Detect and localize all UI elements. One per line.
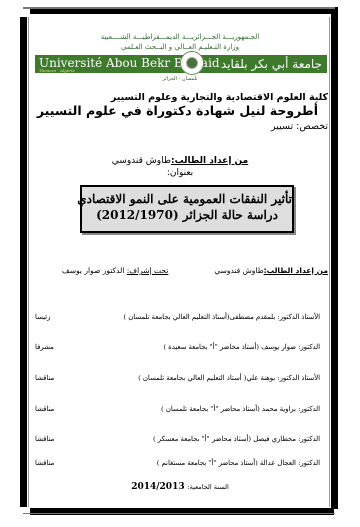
prepared-by-label: من إعداد الطالب:	[171, 156, 248, 166]
titled-label: بعنوان:	[30, 168, 330, 178]
student-credit: من إعداد الطالب:طاوش قندوسي	[214, 266, 328, 275]
jury-member: الأستاذ الدكتور: بوهنة علي( أستاذ التعلي…	[138, 374, 320, 382]
jury-member: الأستاذ الدكتور: بلمقدم مصطفى(أستاذ التع…	[123, 313, 320, 321]
border-top-inner	[23, 7, 335, 9]
faculty-name: كلية العلوم الاقتصادية والتجارية وعلوم ا…	[111, 92, 328, 103]
jury-member: الدكتور: براوية محمد (أستاذ محاضر "أ" بج…	[161, 405, 320, 413]
thesis-title-line1: تأثير النفقات العمومية على النمو الاقتصا…	[82, 192, 292, 206]
jury-role: رئيسا	[35, 313, 50, 321]
jury-role: مناقشا	[35, 459, 54, 467]
ministry-heading: وزارة التـعليـم العــالي و البــحث العـل…	[30, 43, 330, 51]
specialization-label: تخصص:	[296, 121, 328, 132]
university-name-ar: جامعة أبي بكر بلقايد	[221, 57, 322, 71]
supervisor-label: تحت إشراف:	[127, 266, 169, 275]
border-left	[20, 17, 27, 507]
border-bottom-inner	[23, 513, 335, 514]
student-name: طاوش قندوسي	[214, 266, 263, 275]
jury-row: الأستاذ الدكتور: بوهنة علي( أستاذ التعلي…	[30, 374, 330, 384]
thesis-title-line2: دراسة حالة الجزائر (2012/1970)	[82, 208, 292, 222]
academic-year-label: السنة الجامعية:	[187, 483, 228, 491]
thesis-title-box: تأثير النفقات العمومية على النمو الاقتصا…	[80, 185, 294, 233]
prepared-by-center: من إعداد الطالب:طاوش قندوسي	[30, 156, 330, 166]
jury-member: الدكتور: صوار يوسف (أستاذ محاضر "أ" بجام…	[163, 343, 320, 351]
jury-member: الدكتور: مخطاري فيصل (أستاذ محاضر "أ" بج…	[153, 435, 320, 443]
academic-year-value: 2014/2013	[131, 482, 184, 492]
specialization: تخصص: تسيير	[271, 121, 328, 132]
specialization-value: تسيير	[271, 121, 293, 132]
prepared-by-name: طاوش قندوسي	[112, 156, 171, 166]
credits-row: من إعداد الطالب:طاوش قندوسي تحت إشراف: ا…	[30, 266, 330, 278]
jury-role: مناقشا	[35, 435, 54, 443]
supervisor-name: الدكتور صوار يوسف	[62, 266, 124, 275]
supervisor-credit: تحت إشراف: الدكتور صوار يوسف	[62, 266, 168, 275]
jury-row: الدكتور: صوار يوسف (أستاذ محاضر "أ" بجام…	[30, 343, 330, 353]
jury-member: الدكتور: العجال عدالة (أستاذ محاضر "أ" ب…	[157, 459, 320, 467]
logo-caption: تلمسان - الجزائر	[30, 76, 330, 82]
border-left-inner	[28, 17, 29, 507]
jury-role: مشرفا	[35, 343, 54, 351]
university-banner: Université Abou Bekr Belkaid Tlemcen · A…	[35, 55, 327, 73]
jury-row: الدكتور: مخطاري فيصل (أستاذ محاضر "أ" بج…	[30, 435, 330, 445]
jury-row: الدكتور: براوية محمد (أستاذ محاضر "أ" بج…	[30, 405, 330, 415]
university-location-fr: Tlemcen · Algérie	[39, 68, 75, 73]
jury-row: الدكتور: العجال عدالة (أستاذ محاضر "أ" ب…	[30, 459, 330, 469]
academic-year: السنة الجامعية: 2014/2013	[30, 482, 330, 492]
thesis-type: أطروحة لنيل شهادة دكتوراة في علوم التسيي…	[37, 103, 318, 118]
thesis-cover-page: الجـمهوريـــة الجـــزائريـــة الديمـــقر…	[30, 17, 330, 507]
university-logo-icon	[180, 51, 204, 75]
student-label: من إعداد الطالب:	[264, 266, 328, 275]
jury-role: مناقشا	[35, 405, 54, 413]
border-right	[331, 13, 338, 509]
republic-heading: الجـمهوريـــة الجـــزائريـــة الديمـــقر…	[30, 33, 330, 41]
logo-emblem-icon	[186, 57, 198, 69]
jury-row: الأستاذ الدكتور: بلمقدم مصطفى(أستاذ التع…	[30, 313, 330, 323]
jury-role: مناقشا	[35, 374, 54, 382]
